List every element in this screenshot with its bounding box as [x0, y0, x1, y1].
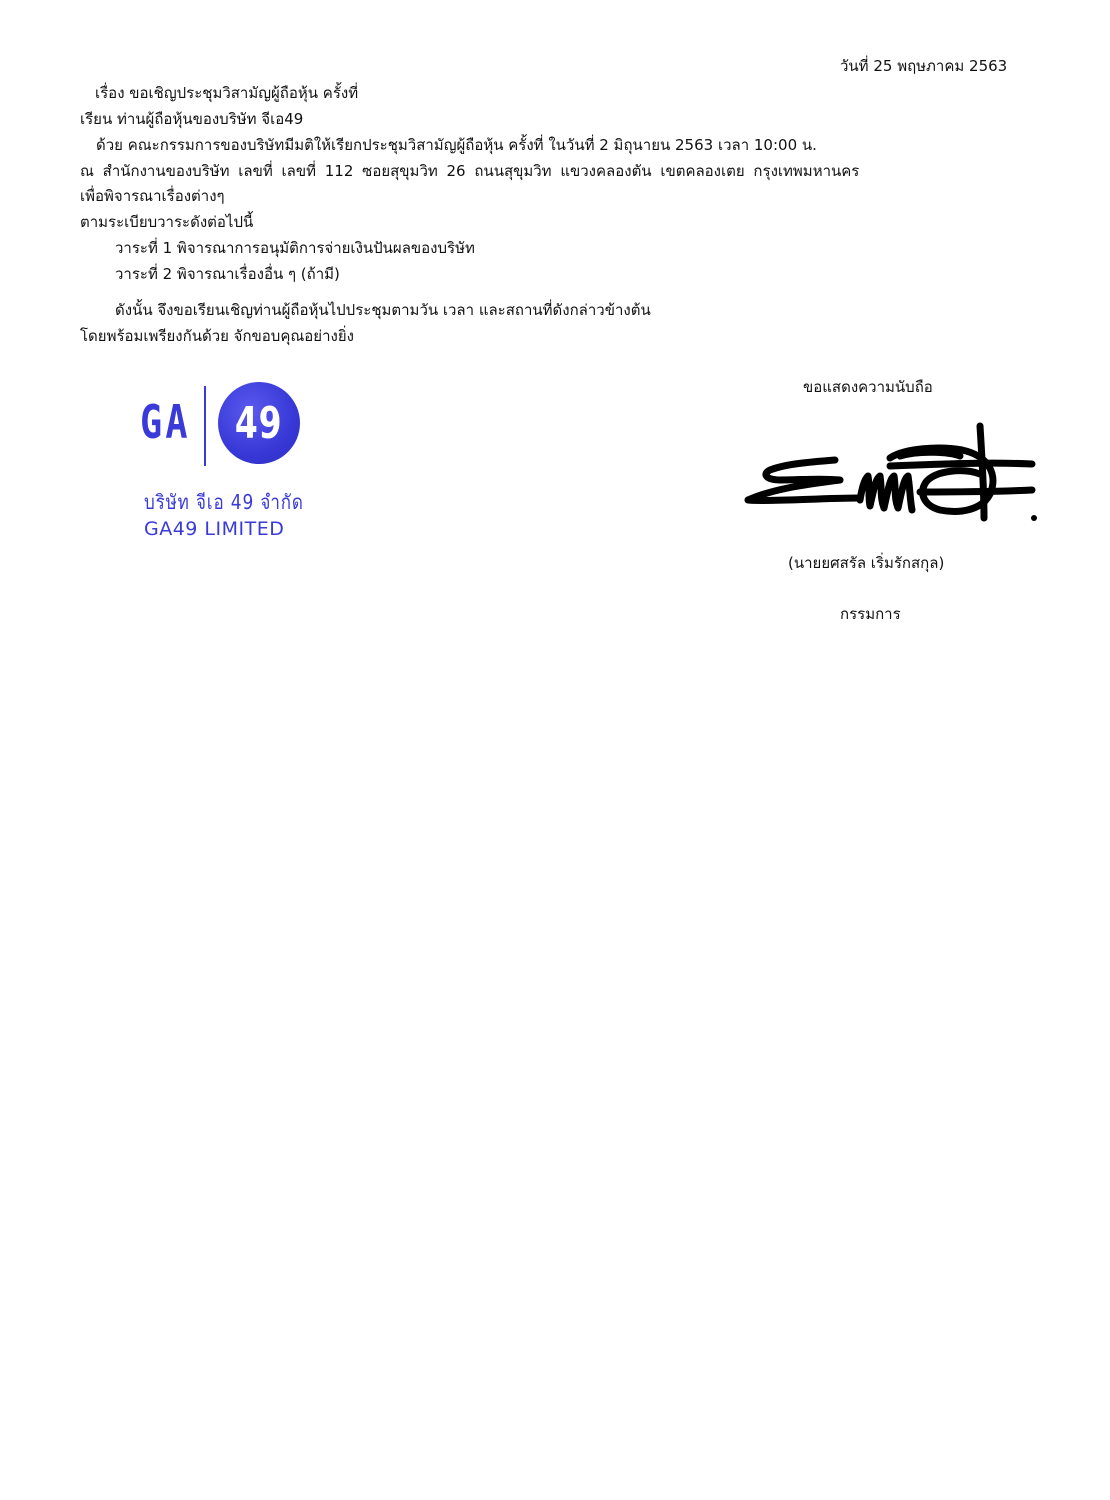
body-intro: ด้วย คณะกรรมการของบริษัทมีมติให้เรียกประ… — [96, 135, 817, 155]
signature-icon — [740, 418, 1040, 528]
letter-recipient: เรียน ท่านผู้ถือหุ้นของบริษัท จีเอ49 — [80, 109, 303, 129]
agenda-item: วาระที่ 1 พิจารณาการอนุมัติการจ่ายเงินปั… — [115, 238, 475, 258]
stamp-badge-icon: 49 — [218, 382, 300, 464]
signer-title: กรรมการ — [840, 604, 901, 624]
agenda-heading: ตามระเบียบวาระดังต่อไปนี้ — [80, 212, 253, 232]
agenda-item: วาระที่ 2 พิจารณาเรื่องอื่น ๆ (ถ้ามี) — [115, 264, 340, 284]
letter-subject: เรื่อง ขอเชิญประชุมวิสามัญผู้ถือหุ้น ครั… — [95, 83, 358, 103]
company-stamp: GA 49 บริษัท จีเอ 49 จำกัด GA49 LIMITED — [138, 380, 318, 545]
closing-paragraph-line: ดังนั้น จึงขอเรียนเชิญท่านผู้ถือหุ้นไปปร… — [115, 300, 651, 320]
body-purpose: เพื่อพิจารณาเรื่องต่างๆ — [80, 186, 225, 206]
body-venue: ณ สำนักงานของบริษัท เลขที่ เลขที่ 112 ซอ… — [80, 161, 859, 181]
stamp-company-th: บริษัท จีเอ 49 จำกัด — [144, 486, 304, 518]
closing-regards: ขอแสดงความนับถือ — [803, 377, 933, 397]
letter-date: วันที่ 25 พฤษภาคม 2563 — [840, 56, 1007, 76]
stamp-company-en: GA49 LIMITED — [144, 518, 284, 540]
closing-paragraph-line: โดยพร้อมเพรียงกันด้วย จักขอบคุณอย่างยิ่ง — [80, 326, 354, 346]
stamp-divider — [204, 386, 206, 466]
stamp-logo-text: GA — [140, 394, 191, 450]
signer-name: (นายยศสรัล เริ่มรักสกุล) — [788, 553, 944, 573]
stamp-badge-number: 49 — [235, 398, 282, 449]
